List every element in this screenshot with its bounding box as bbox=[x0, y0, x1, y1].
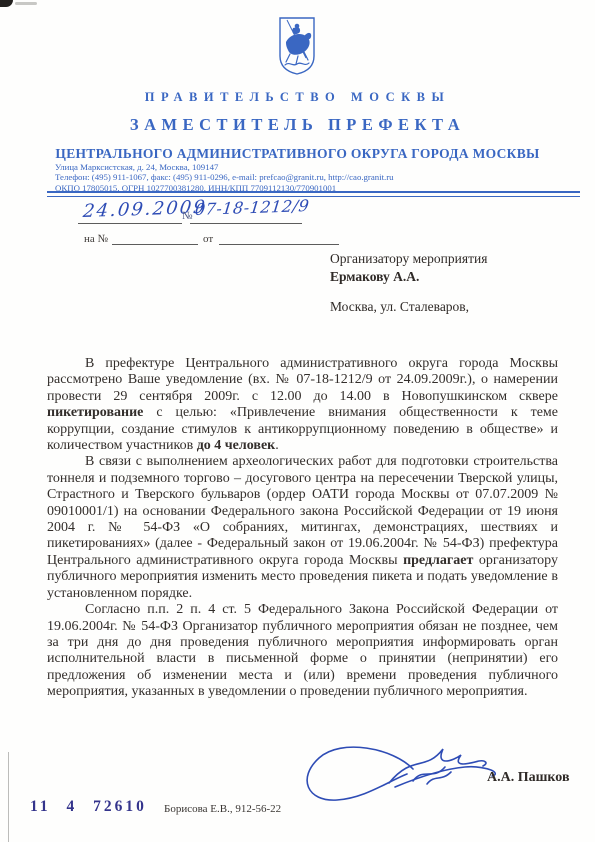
scan-artifact-corner bbox=[0, 0, 13, 7]
moscow-coat-of-arms-icon bbox=[277, 16, 317, 76]
letterhead-divider bbox=[47, 191, 580, 197]
reply-date-fill-in-line bbox=[219, 244, 339, 245]
contact-line: Телефон: (495) 911-1067, факс: (495) 911… bbox=[55, 172, 394, 182]
signatory-name: А.А. Пашков bbox=[487, 770, 570, 786]
scan-artifact-streak bbox=[15, 2, 37, 5]
street-address: Улица Марксистская, д. 24, Москва, 10914… bbox=[55, 162, 394, 172]
addressee-block: Организатору мероприятия Ермакову А.А. М… bbox=[330, 250, 487, 316]
number-fill-in-line bbox=[190, 223, 302, 224]
letter-body: В префектуре Центрального административн… bbox=[47, 356, 558, 701]
reply-from-label: от bbox=[203, 233, 213, 245]
number-sign-label: № bbox=[182, 210, 193, 222]
addressee-role: Организатору мероприятия bbox=[330, 250, 487, 268]
body-paragraph: В префектуре Центрального административн… bbox=[47, 356, 558, 454]
reply-number-label: на № bbox=[84, 233, 108, 245]
reply-number-fill-in-line bbox=[112, 244, 198, 245]
handwritten-signature-icon bbox=[293, 736, 505, 814]
registry-stamp-number: 11 4 72610 bbox=[30, 798, 147, 816]
addressee-address: Москва, ул. Сталеваров, bbox=[330, 298, 487, 316]
body-paragraph: В связи с выполнением археологических ра… bbox=[47, 454, 558, 602]
government-title: ПРАВИТЕЛЬСТВО МОСКВЫ bbox=[0, 90, 595, 105]
letterhead-address-block: Улица Марксистская, д. 24, Москва, 10914… bbox=[55, 162, 394, 193]
letter-page: ПРАВИТЕЛЬСТВО МОСКВЫ ЗАМЕСТИТЕЛЬ ПРЕФЕКТ… bbox=[0, 0, 595, 842]
body-paragraph: Согласно п.п. 2 п. 4 ст. 5 Федерального … bbox=[47, 602, 558, 700]
district-title: ЦЕНТРАЛЬНОГО АДМИНИСТРАТИВНОГО ОКРУГА ГО… bbox=[0, 146, 595, 162]
addressee-name: Ермакову А.А. bbox=[330, 268, 487, 286]
scan-artifact-edge-line bbox=[8, 752, 9, 842]
date-fill-in-line bbox=[78, 223, 182, 224]
executor-contact: Борисова Е.В., 912-56-22 bbox=[164, 803, 281, 815]
office-title: ЗАМЕСТИТЕЛЬ ПРЕФЕКТА bbox=[0, 115, 595, 135]
handwritten-outgoing-number: 07-18-1212/9 bbox=[194, 196, 310, 219]
